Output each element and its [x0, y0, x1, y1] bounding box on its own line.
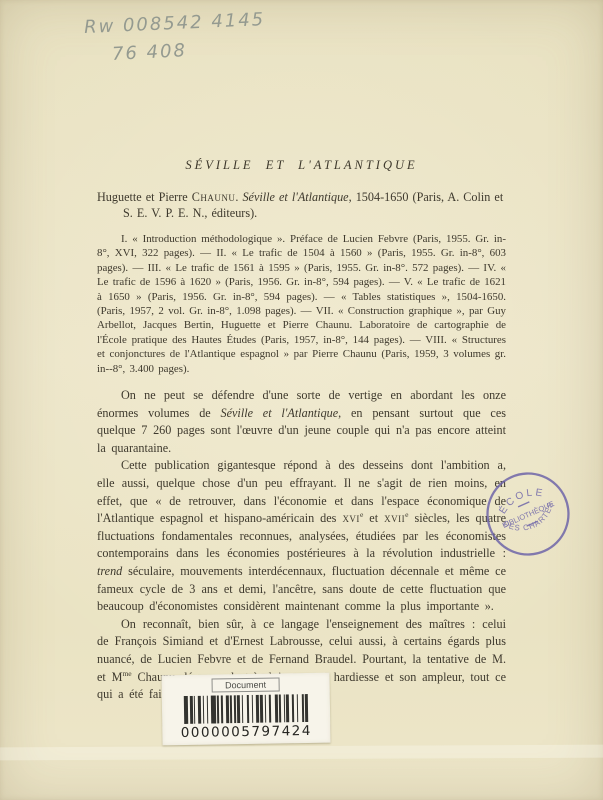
citation-paragraph: Huguette et Pierre Chaunu. Séville et l'…	[97, 189, 506, 221]
barcode-number: 0000005797424	[181, 723, 312, 741]
scan-light-band	[0, 745, 603, 761]
handwritten-shelfmark-line1: Rw 008542 4145	[84, 9, 266, 38]
body-paragraph-1: On ne peut se défendre d'une sorte de ve…	[97, 387, 506, 457]
text-column: SÉVILLE ET L'ATLANTIQUE Huguette et Pier…	[97, 158, 506, 704]
barcode-type-label: Document	[212, 677, 279, 692]
bibliography-paragraph: I. « Introduction méthodologique ». Préf…	[97, 232, 506, 376]
barcode-sticker: Document 0000005797424	[161, 673, 330, 746]
barcode-bars	[170, 694, 322, 724]
handwritten-shelfmark-line2: 76 408	[112, 40, 188, 65]
scanned-book-page: Rw 008542 4145 76 408 SÉVILLE ET L'ATLAN…	[0, 0, 603, 800]
body-paragraph-2: Cette publication gigantesque répond à d…	[97, 457, 506, 615]
page-title: SÉVILLE ET L'ATLANTIQUE	[97, 158, 506, 173]
